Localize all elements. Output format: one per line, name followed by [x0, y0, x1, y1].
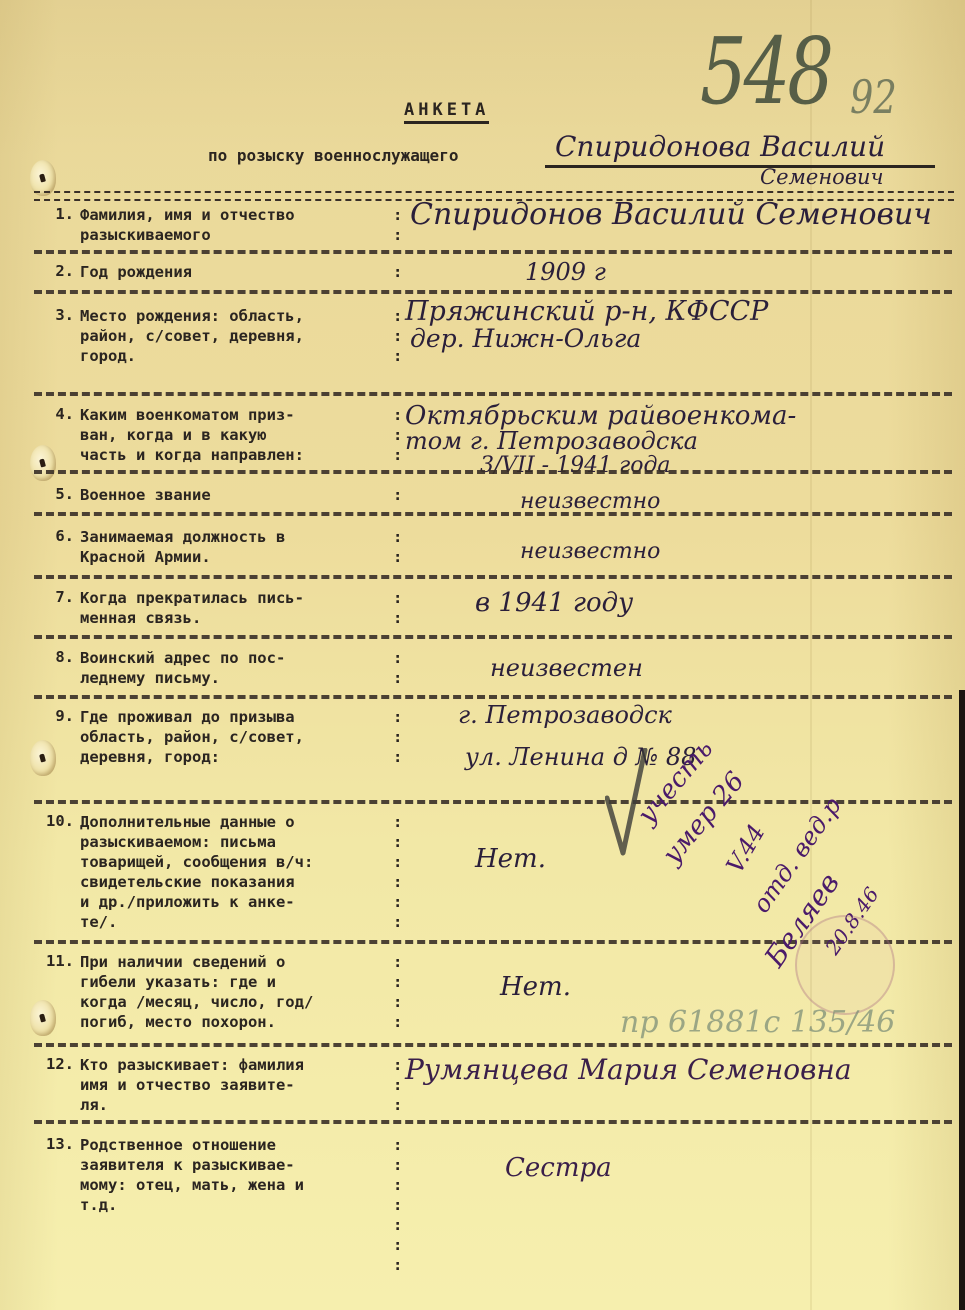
punch-hole-icon — [30, 740, 56, 776]
handwritten-answer: г. Петрозаводск — [458, 701, 672, 729]
document-title: АНКЕТА — [404, 100, 489, 124]
question-label: Военное звание — [80, 485, 400, 505]
colon-separator: : : : — [393, 405, 401, 465]
question-label: Родственное отношение заявителя к разыск… — [80, 1135, 400, 1215]
row-divider — [34, 290, 952, 294]
handwritten-answer: Пряжинский р-н, КФССР — [405, 296, 768, 327]
handwritten-answer: Нет. — [500, 972, 571, 1002]
question-label: Каким военкоматом приз- ван, когда и в к… — [80, 405, 400, 465]
row-divider — [34, 512, 952, 516]
row-number: 10. — [34, 812, 74, 830]
handwritten-answer: ул. Ленина д № 88 — [465, 743, 696, 771]
archive-number: 548 — [700, 18, 831, 125]
page-edge-shadow — [959, 690, 965, 1310]
handwritten-answer: неизвестен — [490, 654, 643, 682]
punch-hole-icon — [30, 445, 56, 481]
row-divider — [34, 1120, 952, 1124]
row-divider — [34, 695, 952, 699]
row-number: 4. — [34, 405, 74, 423]
punch-hole-icon — [30, 1000, 56, 1036]
colon-separator: : : — [393, 205, 401, 245]
colon-separator: : — [393, 262, 401, 282]
handwritten-answer: неизвестно — [520, 539, 660, 564]
question-label: Где проживал до призыва область, район, … — [80, 707, 400, 767]
handwritten-answer: Нет. — [475, 844, 546, 874]
question-label: Когда прекратилась пись- менная связь. — [80, 588, 400, 628]
resolution-line: V.44 — [721, 820, 771, 878]
question-label: Кто разыскивает: фамилия имя и отчество … — [80, 1055, 400, 1115]
row-number: 3. — [34, 306, 74, 324]
header-patronymic: Семенович — [760, 165, 884, 189]
row-number: 2. — [34, 262, 74, 280]
colon-separator: : : : : : : : — [393, 1135, 401, 1275]
question-label: Место рождения: область, район, с/совет,… — [80, 306, 400, 366]
row-divider — [34, 470, 952, 474]
handwritten-answer: в 1941 году — [475, 588, 633, 618]
colon-separator: : : : — [393, 1055, 401, 1115]
pencil-archive-note: пр 61881с 135/46 — [620, 1005, 895, 1040]
colon-separator: : — [393, 485, 401, 505]
colon-separator: : : — [393, 648, 401, 688]
colon-separator: : : — [393, 588, 401, 628]
handwritten-answer: Спиридонов Василий Семенович — [410, 197, 932, 232]
row-divider — [34, 250, 952, 254]
row-number: 7. — [34, 588, 74, 606]
row-number: 1. — [34, 205, 74, 223]
handwritten-answer: Румянцева Мария Семеновна — [405, 1053, 852, 1086]
row-divider — [34, 575, 952, 579]
row-number: 6. — [34, 527, 74, 545]
row-divider — [34, 1043, 952, 1047]
row-number: 9. — [34, 707, 74, 725]
handwritten-answer: дер. Нижн-Ольга — [410, 324, 641, 353]
handwritten-answer: неизвестно — [520, 489, 660, 514]
row-number: 12. — [34, 1055, 74, 1073]
question-label: Воинский адрес по пос- леднему письму. — [80, 648, 400, 688]
question-label: Дополнительные данные о разыскиваемом: п… — [80, 812, 400, 932]
colon-separator: : : : — [393, 306, 401, 366]
handwritten-answer: 3/VII - 1941 года — [480, 453, 671, 478]
row-number: 5. — [34, 485, 74, 503]
document-subtitle: по розыску военнослужащего — [208, 146, 458, 165]
colon-separator: : : — [393, 527, 401, 567]
row-divider — [34, 635, 952, 639]
handwritten-answer: том г. Петрозаводска — [405, 427, 698, 455]
colon-separator: : : : : — [393, 952, 401, 1032]
row-divider — [34, 800, 952, 804]
question-label: Занимаемая должность в Красной Армии. — [80, 527, 400, 567]
colon-separator: : : : : : : — [393, 812, 401, 932]
row-divider — [34, 392, 952, 396]
question-label: При наличии сведений о гибели указать: г… — [80, 952, 400, 1032]
handwritten-answer: Сестра — [505, 1153, 612, 1183]
row-number: 11. — [34, 952, 74, 970]
colon-separator: : : : — [393, 707, 401, 767]
header-soldier-name: Спиридонова Василий — [555, 130, 885, 163]
row-number: 8. — [34, 648, 74, 666]
archive-sub-number: 92 — [850, 70, 897, 124]
question-label: Год рождения — [80, 262, 400, 282]
question-label: Фамилия, имя и отчество разыскиваемого — [80, 205, 400, 245]
row-number: 13. — [34, 1135, 74, 1153]
handwritten-answer: 1909 г — [525, 258, 606, 286]
